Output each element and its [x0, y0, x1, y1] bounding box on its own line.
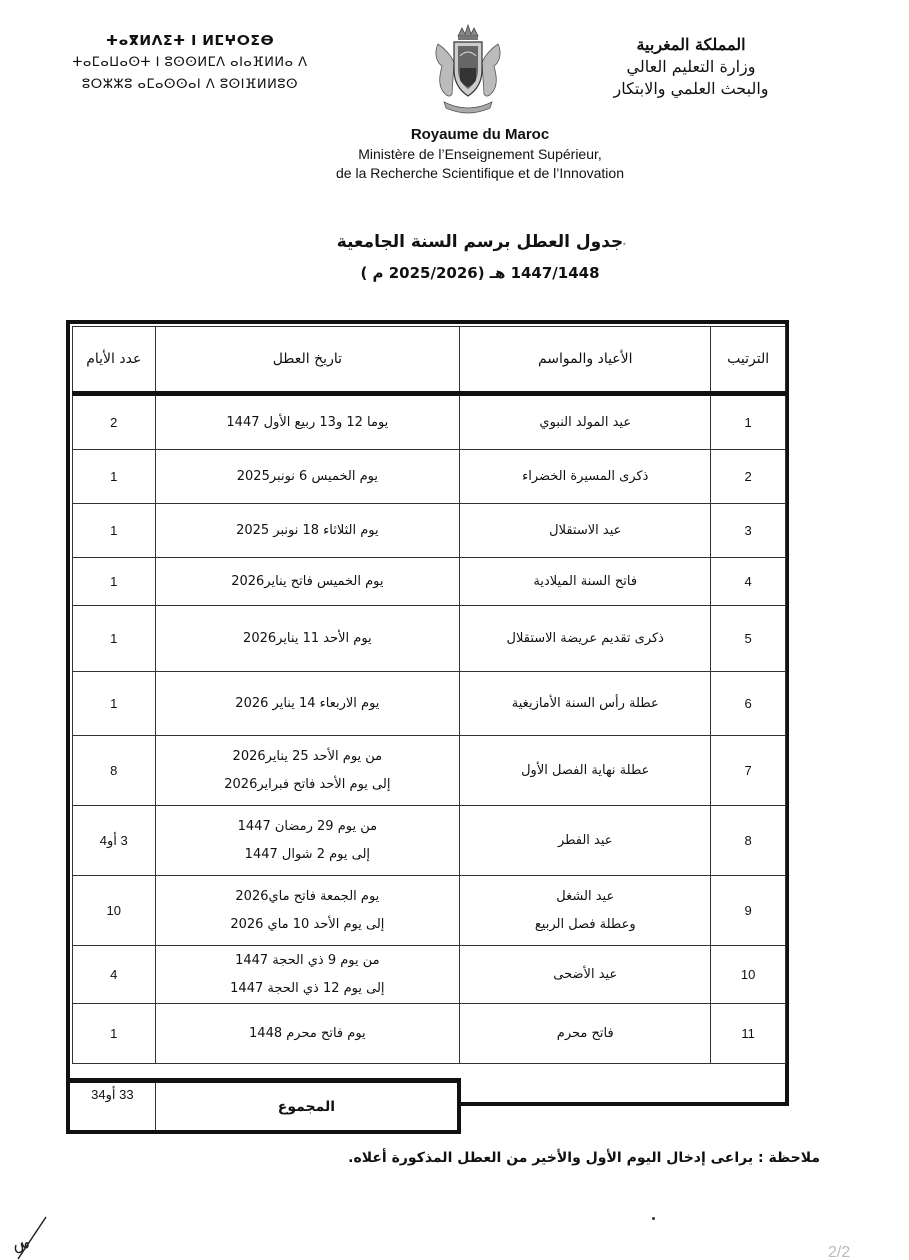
- name-line: عيد الاستقلال: [460, 517, 710, 545]
- days-cell: 1: [73, 1004, 156, 1064]
- name-cell: عيد الاستقلال: [460, 504, 711, 558]
- date-cell: يوم الخميس فاتح يناير2026: [155, 558, 460, 606]
- days-cell: 1: [73, 606, 156, 672]
- tifinagh-line-3: ⵓⵔⵣⵣⵓ ⴰⵎⴰⵙⵙⴰⵏ ⴷ ⵓⵙⵏⴼⵍⵍⵓⵙ: [70, 74, 310, 96]
- rank-cell: 1: [711, 394, 786, 450]
- date-line: يوم الثلاثاء 18 نونبر 2025: [156, 517, 460, 545]
- date-line: يوما 12 و13 ربيع الأول 1447: [156, 409, 460, 437]
- name-cell: فاتح السنة الميلادية: [460, 558, 711, 606]
- total-row: المجموع 33 أو34: [70, 1083, 457, 1130]
- days-cell: 10: [73, 876, 156, 946]
- table-row: 7 عطلة نهاية الفصل الأول من يوم الأحد 25…: [73, 736, 786, 806]
- date-cell: يوم الثلاثاء 18 نونبر 2025: [155, 504, 460, 558]
- document-title: جدول العطل برسم السنة الجامعية 1447/1448…: [300, 228, 660, 286]
- name-line: عيد الشغل: [460, 883, 710, 911]
- scan-dot: [652, 1217, 655, 1220]
- table-row: 6 عطلة رأس السنة الأمازيغية يوم الاربعاء…: [73, 672, 786, 736]
- date-line: يوم الخميس 6 نونبر2025: [156, 463, 460, 491]
- rank-cell: 3: [711, 504, 786, 558]
- date-line-from: من يوم 29 رمضان 1447: [156, 813, 460, 841]
- arabic-header: المملكة المغربية وزارة التعليم العالي وا…: [561, 34, 821, 100]
- table-row: 8 عيد الفطر من يوم 29 رمضان 1447 إلى يوم…: [73, 806, 786, 876]
- signature-icon: [10, 1215, 50, 1260]
- days-cell: 4: [73, 946, 156, 1004]
- french-line-1: Royaume du Maroc: [300, 125, 660, 145]
- name-line: عيد الفطر: [460, 827, 710, 855]
- col-header-date: تاريخ العطل: [155, 327, 460, 394]
- date-line: يوم فاتح محرم 1448: [156, 1020, 460, 1048]
- french-line-2: Ministère de l’Enseignement Supérieur,: [300, 145, 660, 164]
- days-cell: 8: [73, 736, 156, 806]
- french-line-3: de la Recherche Scientifique et de l’Inn…: [300, 164, 660, 183]
- rank-cell: 10: [711, 946, 786, 1004]
- date-cell: يوم الاربعاء 14 يناير 2026: [155, 672, 460, 736]
- col-header-days: عدد الأيام: [73, 327, 156, 394]
- table-row: 9 عيد الشغل وعطلة فصل الربيع يوم الجمعة …: [73, 876, 786, 946]
- table-header-row: الترتيب الأعياد والمواسم تاريخ العطل عدد…: [73, 327, 786, 394]
- table-row: 5 ذكرى تقديم عريضة الاستقلال يوم الأحد 1…: [73, 606, 786, 672]
- date-line-to: إلى يوم 12 ذي الحجة 1447: [156, 975, 460, 1003]
- date-line-from: من يوم الأحد 25 يناير2026: [156, 743, 460, 771]
- table-row: 11 فاتح محرم يوم فاتح محرم 1448 1: [73, 1004, 786, 1064]
- rank-cell: 5: [711, 606, 786, 672]
- arabic-line-1: المملكة المغربية: [561, 34, 821, 56]
- name-line: ذكرى تقديم عريضة الاستقلال: [460, 625, 710, 653]
- rank-cell: 11: [711, 1004, 786, 1064]
- date-cell: من يوم 29 رمضان 1447 إلى يوم 2 شوال 1447: [155, 806, 460, 876]
- name-cell: ذكرى المسيرة الخضراء: [460, 450, 711, 504]
- date-line-from: يوم الجمعة فاتح ماي2026: [156, 883, 460, 911]
- date-cell: من يوم الأحد 25 يناير2026 إلى يوم الأحد …: [155, 736, 460, 806]
- table-row: 4 فاتح السنة الميلادية يوم الخميس فاتح ي…: [73, 558, 786, 606]
- title-sub: 1447/1448 هـ (2025/2026 م ): [300, 260, 660, 286]
- name-line: ذكرى المسيرة الخضراء: [460, 463, 710, 491]
- total-label: المجموع: [155, 1083, 457, 1130]
- page-number: 2/2: [828, 1244, 850, 1260]
- name-line: فاتح السنة الميلادية: [460, 568, 710, 596]
- name-cell: فاتح محرم: [460, 1004, 711, 1064]
- date-line-from: من يوم 9 ذي الحجة 1447: [156, 947, 460, 975]
- rank-cell: 9: [711, 876, 786, 946]
- name-line: عيد الأضحى: [460, 961, 710, 989]
- date-cell: من يوم 9 ذي الحجة 1447 إلى يوم 12 ذي الح…: [155, 946, 460, 1004]
- table-row: 1 عيد المولد النبوي يوما 12 و13 ربيع الأ…: [73, 394, 786, 450]
- rank-cell: 4: [711, 558, 786, 606]
- date-cell: يوم الأحد 11 يناير2026: [155, 606, 460, 672]
- days-cell: 1: [73, 450, 156, 504]
- rank-cell: 6: [711, 672, 786, 736]
- date-line: يوم الخميس فاتح يناير2026: [156, 568, 460, 596]
- col-header-name: الأعياد والمواسم: [460, 327, 711, 394]
- tifinagh-line-2: ⵜⴰⵎⴰⵡⴰⵙⵜ ⵏ ⵓⵙⵙⵍⵎⴷ ⴰⵏⴰⴼⵍⵍⴰ ⴷ: [70, 52, 310, 74]
- name-cell: عيد الشغل وعطلة فصل الربيع: [460, 876, 711, 946]
- table-row: 3 عيد الاستقلال يوم الثلاثاء 18 نونبر 20…: [73, 504, 786, 558]
- name-cell: عيد الأضحى: [460, 946, 711, 1004]
- days-cell: 3 أو4: [73, 806, 156, 876]
- footnote: ملاحظة : يراعى إدخال اليوم الأول والأخير…: [320, 1150, 820, 1166]
- name-line: فاتح محرم: [460, 1020, 710, 1048]
- date-cell: يوم الخميس 6 نونبر2025: [155, 450, 460, 504]
- days-cell: 1: [73, 558, 156, 606]
- name-line: عطلة رأس السنة الأمازيغية: [460, 690, 710, 718]
- date-line: يوم الأحد 11 يناير2026: [156, 625, 460, 653]
- name-cell: عيد المولد النبوي: [460, 394, 711, 450]
- date-cell: يوم فاتح محرم 1448: [155, 1004, 460, 1064]
- name-cell: عيد الفطر: [460, 806, 711, 876]
- rank-cell: 8: [711, 806, 786, 876]
- days-cell: 1: [73, 504, 156, 558]
- arabic-line-2: وزارة التعليم العالي: [561, 56, 821, 78]
- date-line-to: إلى يوم الأحد فاتح فبراير2026: [156, 771, 460, 799]
- table-row: 2 ذكرى المسيرة الخضراء يوم الخميس 6 نونب…: [73, 450, 786, 504]
- date-line-to: إلى يوم الأحد 10 ماي 2026: [156, 911, 460, 939]
- total-value: 33 أو34: [70, 1083, 155, 1130]
- arabic-line-3: والبحث العلمي والابتكار: [561, 78, 821, 100]
- name-cell: عطلة رأس السنة الأمازيغية: [460, 672, 711, 736]
- rank-cell: 2: [711, 450, 786, 504]
- date-line-to: إلى يوم 2 شوال 1447: [156, 841, 460, 869]
- name-line: وعطلة فصل الربيع: [460, 911, 710, 939]
- rank-cell: 7: [711, 736, 786, 806]
- royal-emblem-icon: [430, 22, 506, 120]
- date-line: يوم الاربعاء 14 يناير 2026: [156, 690, 460, 718]
- table-row: 10 عيد الأضحى من يوم 9 ذي الحجة 1447 إلى…: [73, 946, 786, 1004]
- tifinagh-header: ⵜⴰⴳⵍⴷⵉⵜ ⵏ ⵍⵎⵖⵔⵉⴱ ⵜⴰⵎⴰⵡⴰⵙⵜ ⵏ ⵓⵙⵙⵍⵎⴷ ⴰⵏⴰⴼⵍ…: [70, 30, 310, 96]
- name-cell: ذكرى تقديم عريضة الاستقلال: [460, 606, 711, 672]
- date-cell: يوما 12 و13 ربيع الأول 1447: [155, 394, 460, 450]
- date-cell: يوم الجمعة فاتح ماي2026 إلى يوم الأحد 10…: [155, 876, 460, 946]
- scan-mark: •: [622, 240, 627, 249]
- name-cell: عطلة نهاية الفصل الأول: [460, 736, 711, 806]
- name-line: عطلة نهاية الفصل الأول: [460, 757, 710, 785]
- days-cell: 2: [73, 394, 156, 450]
- title-main: جدول العطل برسم السنة الجامعية: [300, 228, 660, 256]
- name-line: عيد المولد النبوي: [460, 409, 710, 437]
- days-cell: 1: [73, 672, 156, 736]
- holidays-table: الترتيب الأعياد والمواسم تاريخ العطل عدد…: [72, 326, 786, 1064]
- tifinagh-line-1: ⵜⴰⴳⵍⴷⵉⵜ ⵏ ⵍⵎⵖⵔⵉⴱ: [70, 30, 310, 52]
- col-header-rank: الترتيب: [711, 327, 786, 394]
- french-header: Royaume du Maroc Ministère de l’Enseigne…: [300, 125, 660, 183]
